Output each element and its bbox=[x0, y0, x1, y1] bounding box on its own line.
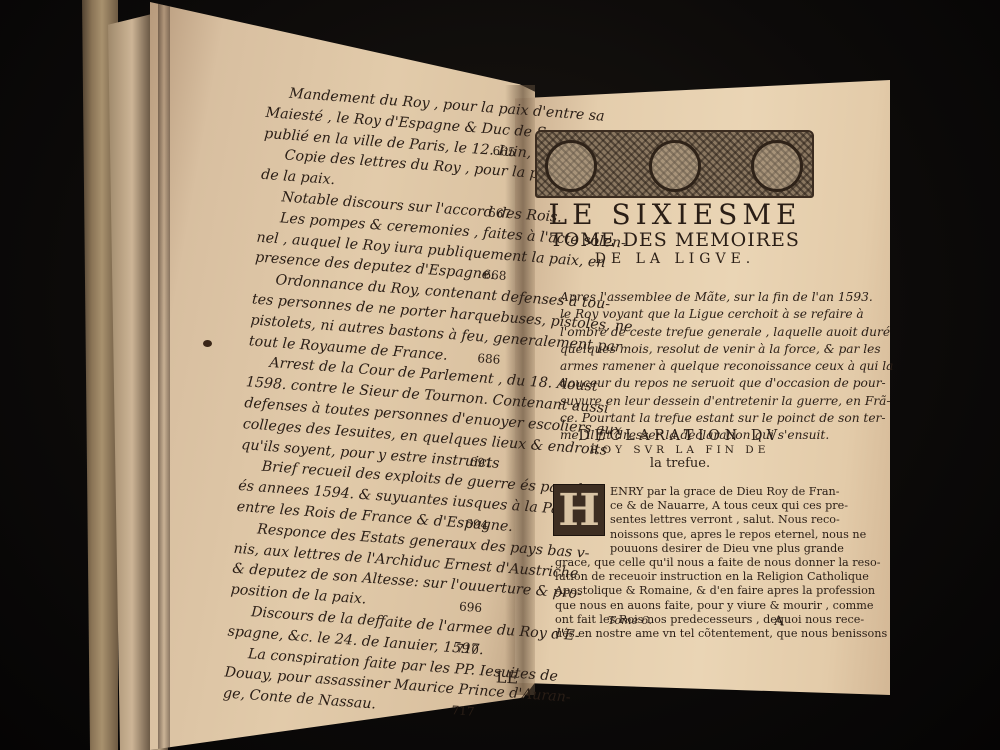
body-line: sentes lettres verront , salut. Nous rec… bbox=[555, 513, 815, 527]
body-line: lution de receuoir instruction en la Rel… bbox=[555, 570, 815, 584]
catchword: LE bbox=[496, 667, 519, 687]
title-line-1: LE SIXIESME bbox=[530, 198, 820, 231]
ornament-scroll-icon bbox=[751, 140, 803, 192]
declaration-line-3: la trefue. bbox=[545, 456, 815, 471]
body-line: ENRY par la grace de Dieu Roy de Fran- bbox=[555, 485, 815, 499]
intro-line: Apres l'assemblee de Mãte, sur la fin de… bbox=[560, 289, 816, 306]
toc-page-number: 694 bbox=[464, 514, 488, 536]
toc-page-number: 667 bbox=[487, 202, 511, 224]
title-line-3: DE LA LIGVE. bbox=[530, 251, 820, 267]
intro-line: quelques mois, resolut de venir à la for… bbox=[560, 341, 816, 358]
intro-line: armes ramener à quelque reconoissance ce… bbox=[560, 358, 816, 375]
toc-page-number: 668 bbox=[483, 265, 507, 287]
toc-page-number: 717 bbox=[451, 700, 475, 722]
declaration-line-1: DECLARATION DV bbox=[545, 428, 815, 444]
intro-line: suyure en leur dessein d'entretenir la g… bbox=[560, 393, 816, 410]
body-line: noissons que, apres le repos eternel, no… bbox=[555, 528, 815, 542]
ink-spot bbox=[203, 340, 212, 347]
intro-line: douceur du repos ne seruoit que d'occasi… bbox=[560, 375, 816, 392]
toc-page-number: 665 bbox=[492, 140, 516, 162]
body-line: ce & de Nauarre, A tous ceux qui ces pre… bbox=[555, 499, 815, 513]
body-line: grace, que celle qu'il nous a faite de n… bbox=[555, 556, 815, 570]
toc-page-number: 686 bbox=[477, 348, 501, 370]
volume-label: Tome 6. bbox=[608, 614, 652, 627]
body-line: pouuons desirer de Dieu vne plus grande bbox=[555, 542, 815, 556]
intro-line: ce. Pourtant la trefue estant sur le poi… bbox=[560, 410, 816, 427]
toc-page-number: 696 bbox=[458, 597, 482, 619]
body-line: ués en nostre ame vn tel cõtentement, qu… bbox=[555, 627, 815, 641]
table-of-contents: Mandement du Roy , pour la paix d'entre … bbox=[222, 82, 517, 723]
declaration-line-2: ROY SVR LA FIN DE bbox=[545, 444, 815, 456]
body-line: que nous en auons faite, pour y viure & … bbox=[555, 599, 815, 613]
ornament-scroll-icon bbox=[545, 140, 597, 192]
toc-page-number: 691 bbox=[469, 451, 493, 473]
intro-line: l'ombre de ceste trefue generale , laque… bbox=[560, 324, 816, 341]
intro-paragraph: Apres l'assemblee de Mãte, sur la fin de… bbox=[560, 289, 816, 445]
toc-entry: Arrest de la Cour de Parlement , du 18. … bbox=[241, 352, 498, 474]
woodcut-headpiece-ornament bbox=[535, 130, 814, 198]
page-title: LE SIXIESME TOME DES MEMOIRES DE LA LIGV… bbox=[530, 198, 820, 267]
ornament-mask-icon bbox=[649, 140, 701, 192]
toc-page-number: 710 bbox=[455, 638, 479, 660]
body-line: Apostolique & Romaine, & d'en faire apre… bbox=[555, 584, 815, 598]
signature-mark: A bbox=[774, 614, 783, 629]
title-line-2: TOME DES MEMOIRES bbox=[530, 229, 820, 251]
declaration-heading: DECLARATION DV ROY SVR LA FIN DE la tref… bbox=[545, 428, 815, 471]
page-footer: Tome 6. A bbox=[608, 614, 808, 627]
intro-line: le Roy voyant que la Ligue cerchoit à se… bbox=[560, 306, 816, 323]
